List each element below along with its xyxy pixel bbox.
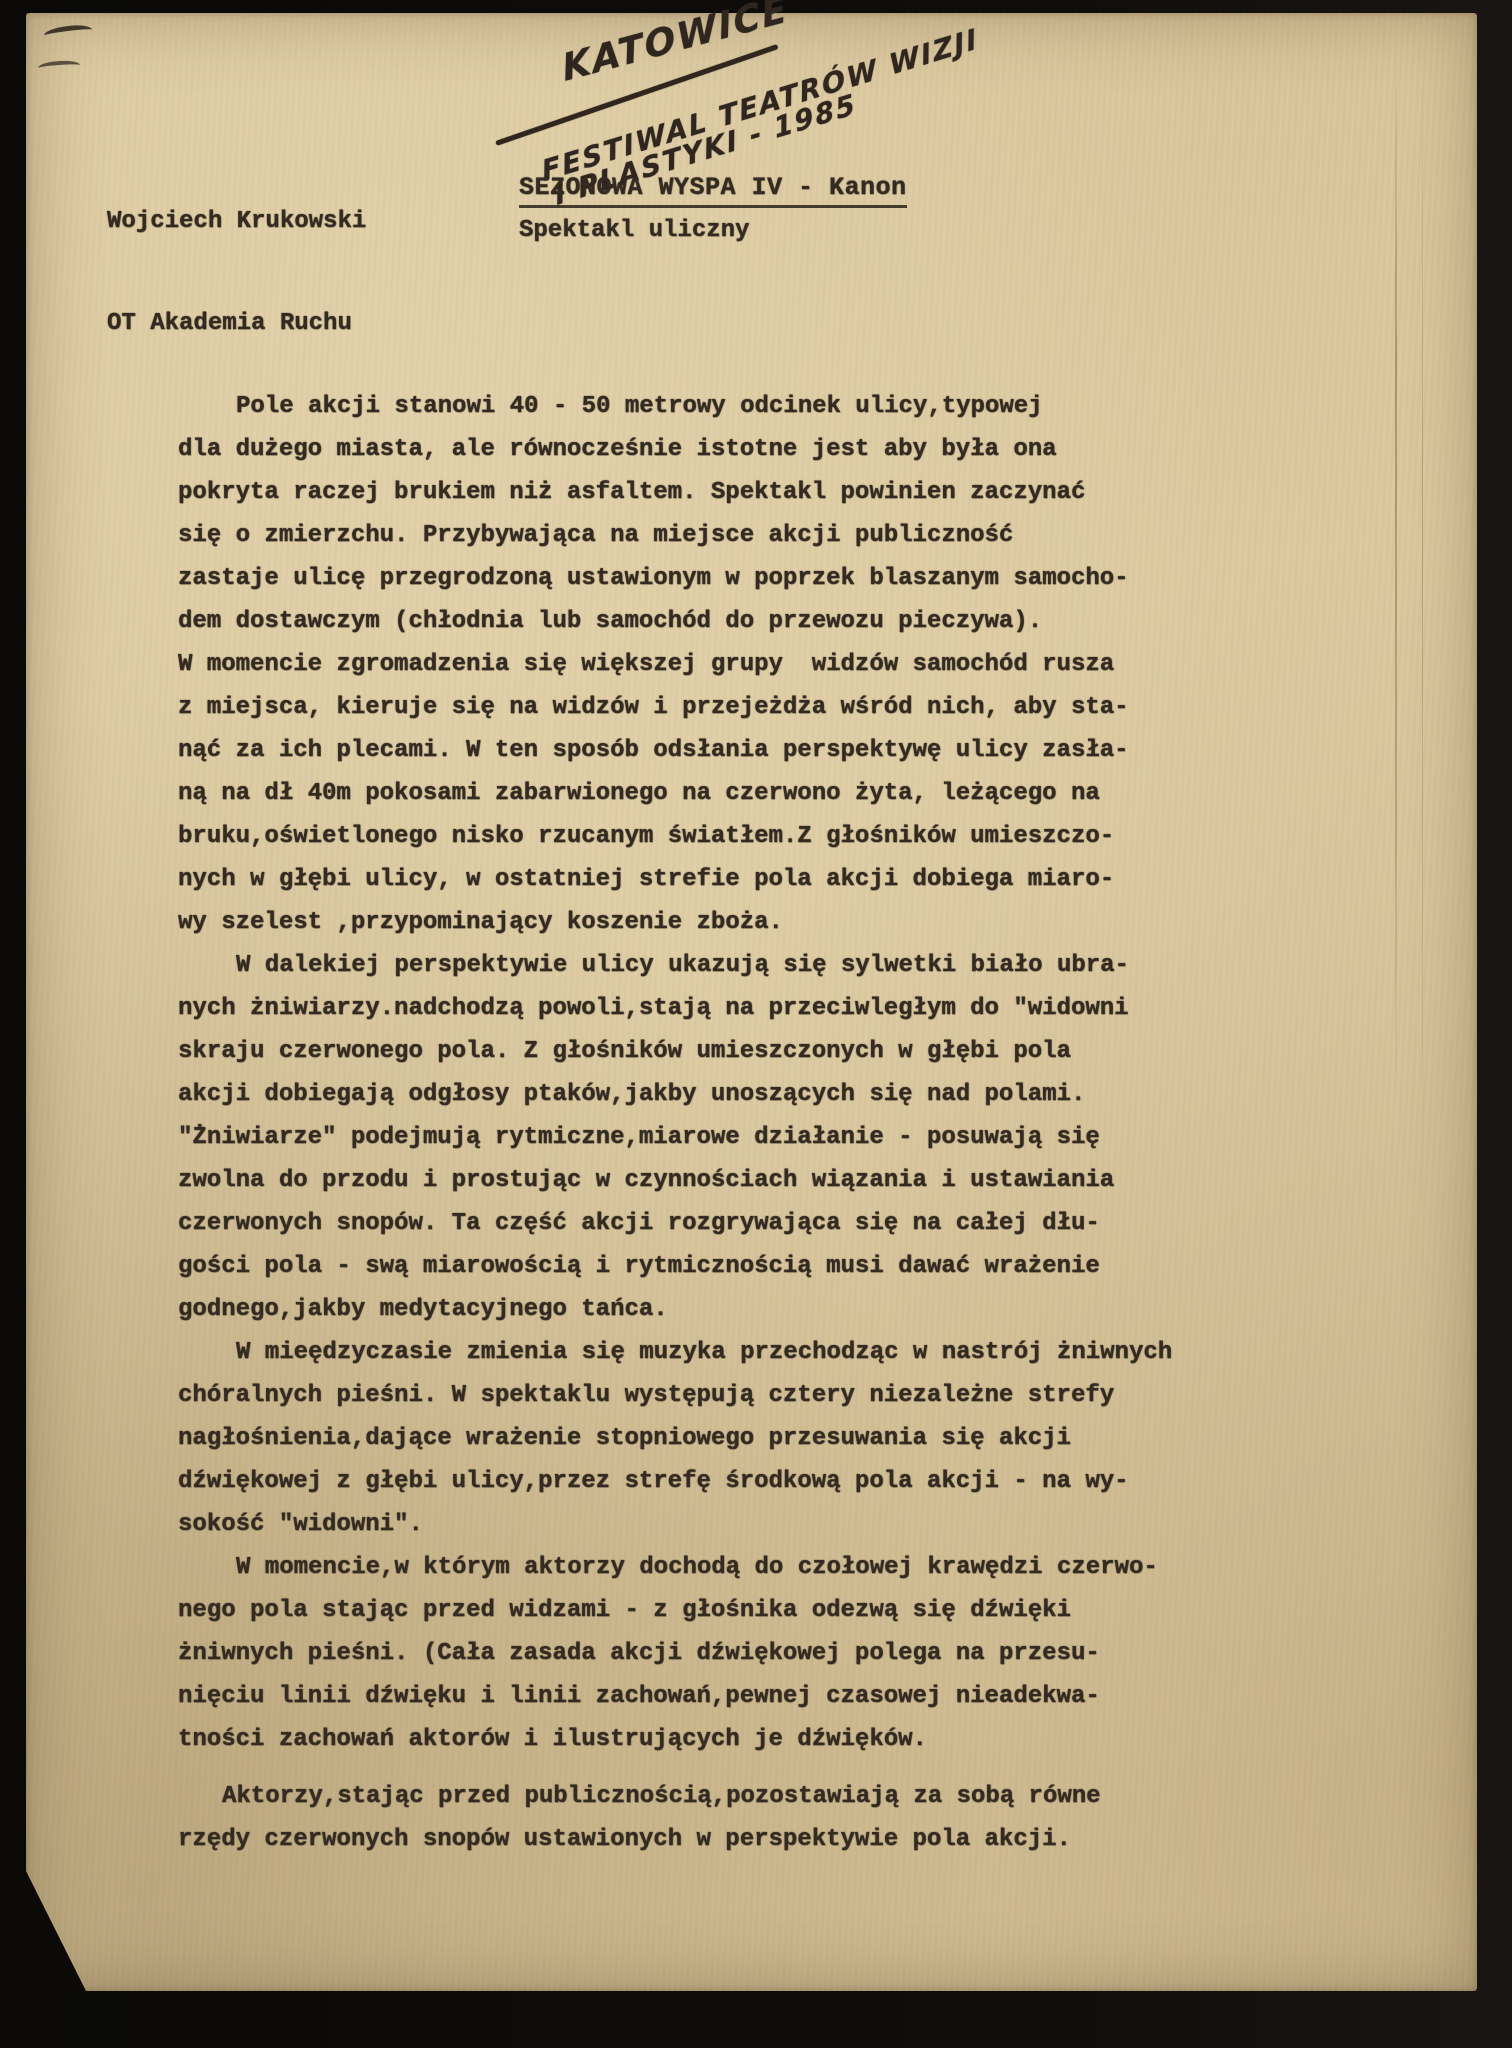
text-line: dźwiękowej z głębi ulicy,przez strefę śr…	[178, 1468, 1228, 1511]
document-subtitle: Spektakl uliczny	[519, 217, 907, 244]
text-line: dem dostawczym (chłodnia lub samochód do…	[178, 608, 1228, 651]
author-affiliation: OT Akademia Ruchu	[107, 307, 366, 341]
text-line: W momencie,w którym aktorzy dochodą do c…	[178, 1554, 1228, 1597]
paper-corner-shadow	[26, 1871, 86, 1991]
text-line: się o zmierzchu. Przybywająca na miejsce…	[178, 522, 1228, 565]
text-line: pokryta raczej brukiem niż asfaltem. Spe…	[178, 479, 1228, 522]
author-name: Wojciech Krukowski	[107, 205, 366, 239]
text-line: czerwonych snopów. Ta część akcji rozgry…	[178, 1210, 1228, 1253]
text-line: akcji dobiegają odgłosy ptaków,jakby uno…	[178, 1081, 1228, 1124]
paper-crease	[1422, 33, 1423, 1283]
text-line: nagłośnienia,dające wrażenie stopniowego…	[178, 1425, 1228, 1468]
text-line: W momencie zgromadzenia się większej gru…	[178, 651, 1228, 694]
author-block: Wojciech Krukowski OT Akademia Ruchu	[107, 137, 366, 409]
text-line: nych w głębi ulicy, w ostatniej strefie …	[178, 866, 1228, 909]
text-line: W mieędzyczasie zmienia się muzyka przec…	[178, 1339, 1228, 1382]
text-line: skraju czerwonego pola. Z głośników umie…	[178, 1038, 1228, 1081]
typescript-body: Pole akcji stanowi 40 - 50 metrowy odcin…	[178, 393, 1228, 1869]
text-line: zastaje ulicę przegrodzoną ustawionym w …	[178, 565, 1228, 608]
paragraph: Pole akcji stanowi 40 - 50 metrowy odcin…	[178, 393, 1228, 952]
text-line: chóralnych pieśni. W spektaklu występują…	[178, 1382, 1228, 1425]
scan-background: { "annotation": { "line1": "KATOWICE", "…	[0, 0, 1512, 2048]
text-line: dla dużego miasta, ale równocześnie isto…	[178, 436, 1228, 479]
pen-mark	[38, 60, 81, 74]
text-line: ną na dł 40m pokosami zabarwionego na cz…	[178, 780, 1228, 823]
text-line: "Żniwiarze" podejmują rytmiczne,miarowe …	[178, 1124, 1228, 1167]
text-line: W dalekiej perspektywie ulicy ukazują si…	[178, 952, 1228, 995]
paper-sheet: KATOWICE FESTIWAL TEATRÓW WIZJI I PLASTY…	[26, 13, 1477, 1991]
text-line: Aktorzy,stając przed publicznością,pozos…	[178, 1783, 1228, 1826]
paragraph: Aktorzy,stając przed publicznością,pozos…	[178, 1783, 1228, 1869]
text-line: sokość "widowni".	[178, 1511, 1228, 1554]
text-line: bruku,oświetlonego nisko rzucanym światł…	[178, 823, 1228, 866]
text-line: tności zachowań aktorów i ilustrujących …	[178, 1726, 1228, 1769]
text-line: godnego,jakby medytacyjnego tańca.	[178, 1296, 1228, 1339]
text-line: rzędy czerwonych snopów ustawionych w pe…	[178, 1826, 1228, 1869]
annotation-city: KATOWICE	[559, 0, 791, 90]
text-line: żniwnych pieśni. (Cała zasada akcji dźwi…	[178, 1640, 1228, 1683]
text-line: wy szelest ,przypominający koszenie zboż…	[178, 909, 1228, 952]
text-line: nięciu linii dźwięku i linii zachowań,pe…	[178, 1683, 1228, 1726]
text-line: nąć za ich plecami. W ten sposób odsłani…	[178, 737, 1228, 780]
text-line: zwolna do przodu i prostując w czynności…	[178, 1167, 1228, 1210]
pen-mark	[43, 23, 92, 42]
text-line: gości pola - swą miarowością i rytmiczno…	[178, 1253, 1228, 1296]
paragraph: W mieędzyczasie zmienia się muzyka przec…	[178, 1339, 1228, 1554]
text-line: z miejsca, kieruje się na widzów i przej…	[178, 694, 1228, 737]
text-line: Pole akcji stanowi 40 - 50 metrowy odcin…	[178, 393, 1228, 436]
title-block: SEZONOWA WYSPA IV - Kanon Spektakl ulicz…	[519, 173, 907, 244]
paper-crease	[1395, 43, 1397, 1103]
paragraph: W momencie,w którym aktorzy dochodą do c…	[178, 1554, 1228, 1769]
text-line: nych żniwiarzy.nadchodzą powoli,stają na…	[178, 995, 1228, 1038]
text-line: nego pola stając przed widzami - z głośn…	[178, 1597, 1228, 1640]
paragraph: W dalekiej perspektywie ulicy ukazują si…	[178, 952, 1228, 1339]
document-title: SEZONOWA WYSPA IV - Kanon	[519, 173, 907, 208]
